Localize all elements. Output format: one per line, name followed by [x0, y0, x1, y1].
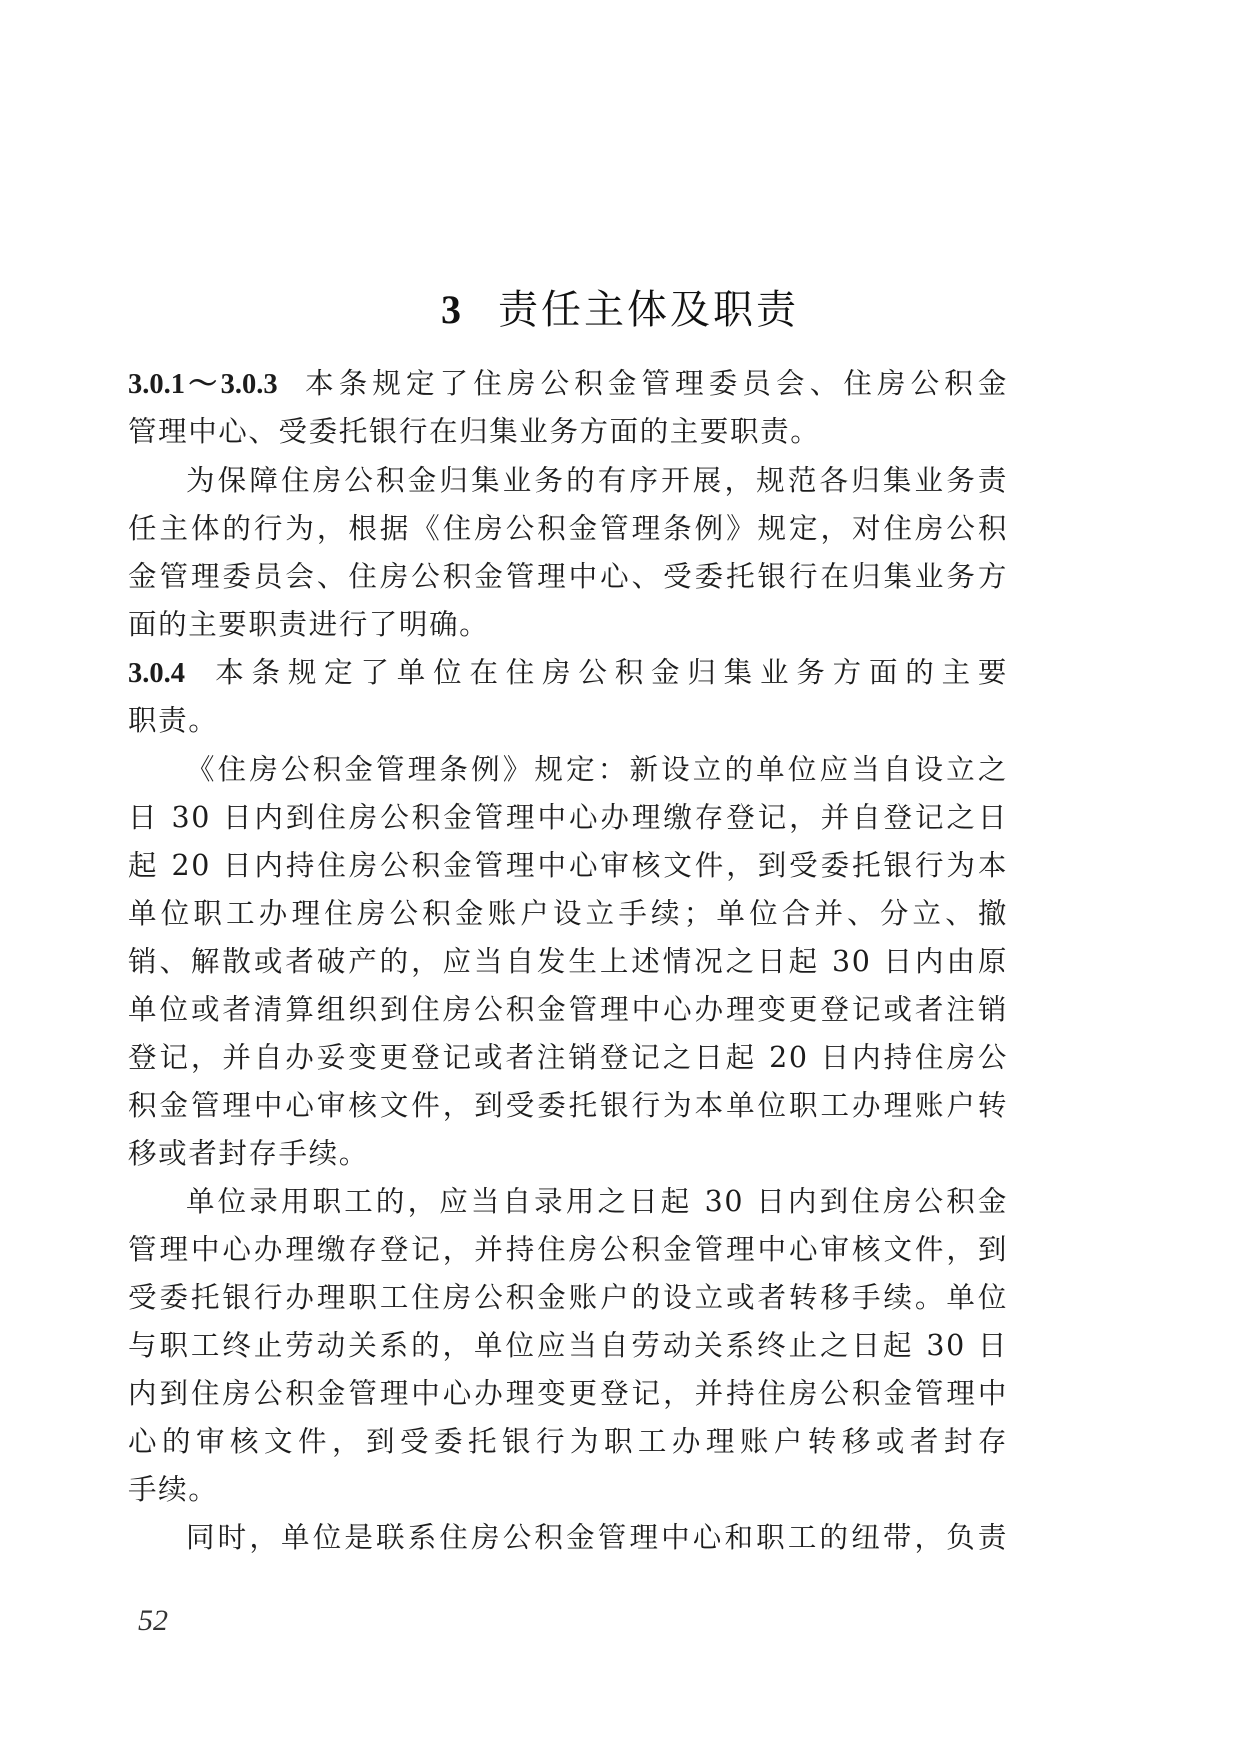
paragraph-line: 起 20 日内持住房公积金管理中心审核文件，到受委托银行为本	[128, 846, 1008, 886]
paragraph-line: 管理中心办理缴存登记，并持住房公积金管理中心审核文件，到	[128, 1230, 1008, 1270]
paragraph-line: 为保障住房公积金归集业务的有序开展，规范各归集业务责	[186, 461, 1008, 501]
paragraph-line: 同时，单位是联系住房公积金管理中心和职工的纽带，负责	[186, 1518, 1008, 1558]
clause-number: 3.0.4	[128, 658, 185, 689]
chapter-title: 3责任主体及职责	[0, 278, 1240, 335]
chapter-title-text: 责任主体及职责	[498, 287, 799, 333]
paragraph-line: 任主体的行为，根据《住房公积金管理条例》规定，对住房公积	[128, 509, 1008, 549]
page-number: 52	[138, 1604, 168, 1638]
text-line: 本条规定了住房公积金管理委员会、住房公积金	[302, 367, 1008, 400]
text-line: 本条规定了单位在住房公积金归集业务方面的主要	[209, 656, 1008, 689]
paragraph-line: 受委托银行办理职工住房公积金账户的设立或者转移手续。单位	[128, 1278, 1008, 1318]
paragraph-line: 金管理委员会、住房公积金管理中心、受委托银行在归集业务方	[128, 557, 1008, 597]
document-page: 3责任主体及职责 3.0.1～3.0.3本条规定了住房公积金管理委员会、住房公积…	[0, 0, 1240, 1738]
paragraph-line: 积金管理中心审核文件，到受委托银行为本单位职工办理账户转	[128, 1086, 1008, 1126]
paragraph-line: 手续。	[128, 1470, 1008, 1510]
chapter-number: 3	[441, 287, 464, 332]
paragraph-line: 单位录用职工的，应当自录用之日起 30 日内到住房公积金	[186, 1182, 1008, 1222]
clause-3-0-1-line-1: 3.0.1～3.0.3本条规定了住房公积金管理委员会、住房公积金	[128, 364, 1008, 405]
clause-3-0-1-line-2: 管理中心、受委托银行在归集业务方面的主要职责。	[128, 412, 1008, 452]
paragraph-line: 《住房公积金管理条例》规定：新设立的单位应当自设立之	[186, 750, 1008, 790]
clause-3-0-4-line-2: 职责。	[128, 701, 1008, 741]
paragraph-line: 移或者封存手续。	[128, 1134, 1008, 1174]
clause-3-0-4-line-1: 3.0.4本条规定了单位在住房公积金归集业务方面的主要	[128, 653, 1008, 694]
paragraph-line: 单位职工办理住房公积金账户设立手续；单位合并、分立、撤	[128, 894, 1008, 934]
paragraph-line: 与职工终止劳动关系的，单位应当自劳动关系终止之日起 30 日	[128, 1326, 1008, 1366]
paragraph-line: 面的主要职责进行了明确。	[128, 605, 1008, 645]
paragraph-line: 日 30 日内到住房公积金管理中心办理缴存登记，并自登记之日	[128, 798, 1008, 838]
paragraph-line: 销、解散或者破产的，应当自发生上述情况之日起 30 日内由原	[128, 942, 1008, 982]
clause-number: 3.0.1～3.0.3	[128, 369, 278, 400]
paragraph-line: 心的审核文件，到受委托银行为职工办理账户转移或者封存	[128, 1422, 1008, 1462]
paragraph-line: 单位或者清算组织到住房公积金管理中心办理变更登记或者注销	[128, 990, 1008, 1030]
paragraph-line: 登记，并自办妥变更登记或者注销登记之日起 20 日内持住房公	[128, 1038, 1008, 1078]
paragraph-line: 内到住房公积金管理中心办理变更登记，并持住房公积金管理中	[128, 1374, 1008, 1414]
